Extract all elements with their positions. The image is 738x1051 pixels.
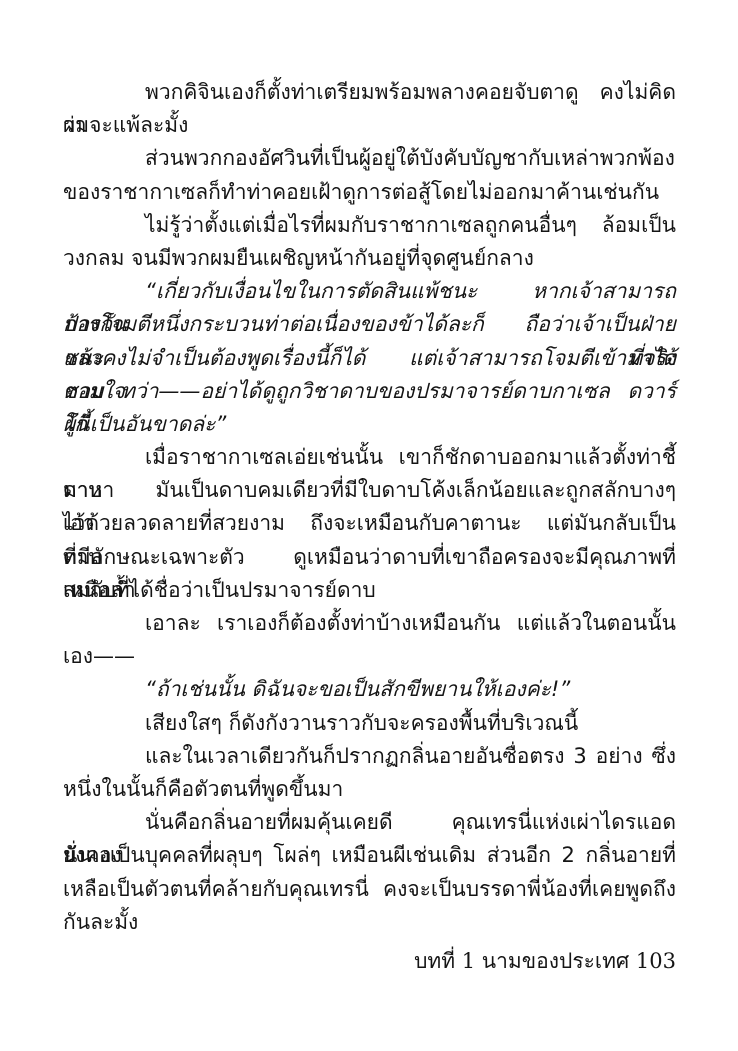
text-line: ไม่รู้ว่าตั้งแต่เมื่อไรที่ผมกับราชากาเซล…	[63, 209, 676, 242]
text-line: เมื่อราชากาเซลเอ่ยเช่นนั้น เขาก็ชักดาบออ…	[63, 441, 676, 474]
text-line: ไว้ด้วยลวดลายที่สวยงาม ถึงจะเหมือนกับคาต…	[63, 507, 676, 540]
text-line: สมกับที่ได้ชื่อว่าเป็นปรมาจารย์ดาบ	[63, 574, 676, 607]
text-line: ของราชากาเซลก็ทำท่าคอยเฝ้าดูการต่อสู้โดย…	[63, 176, 676, 209]
text-line: เอง——	[63, 640, 676, 673]
text-line-quote: “ถ้าเช่นนั้น ดิฉันจะขอเป็นสักขีพยานให้เอ…	[63, 673, 676, 706]
text-line: ส่วนพวกกองอัศวินที่เป็นผู้อยู่ใต้บังคับบ…	[63, 142, 676, 175]
text-line: พวกคิจินเองก็ตั้งท่าเตรียมพร้อมพลางคอยจั…	[63, 76, 676, 109]
text-line: และในเวลาเดียวกันก็ปรากฏกลิ่นอายอันซื่อต…	[63, 740, 676, 773]
text-line: วงกลม จนมีพวกผมยืนเผชิญหน้ากันอยู่ที่จุด…	[63, 242, 676, 275]
text-line: ผมจะแพ้ละมั้ง	[63, 109, 676, 142]
text-line: เสียงใสๆ ก็ดังกังวานราวกับจะครองพื้นที่บ…	[63, 707, 676, 740]
text-line-quote: แล้วคงไม่จำเป็นต้องพูดเรื่องนี้ก็ได้ แต่…	[63, 342, 676, 375]
text-line-quote: การโจมตีหนึ่งกระบวนท่าต่อเนื่องของข้าได้…	[63, 308, 676, 341]
text-line: เอาละ เราเองก็ต้องตั้งท่าบ้างเหมือนกัน แ…	[63, 607, 676, 640]
body-text: พวกคิจินเองก็ตั้งท่าเตรียมพร้อมพลางคอยจั…	[63, 76, 676, 939]
text-line: เหลือเป็นตัวตนที่คล้ายกับคุณเทรนี่ คงจะเ…	[63, 873, 676, 906]
text-line: ที่มีลักษณะเฉพาะตัว ดูเหมือนว่าดาบที่เขา…	[63, 541, 676, 574]
text-line: กันละมั้ง	[63, 906, 676, 939]
book-page: พวกคิจินเองก็ตั้งท่าเตรียมพร้อมพลางคอยจั…	[0, 0, 738, 1051]
text-line-quote: “เกี่ยวกับเงื่อนไขในการตัดสินแพ้ชนะ หากเ…	[63, 275, 676, 308]
text-line: หนึ่งในนั้นก็คือตัวตนที่พูดขึ้นมา	[63, 773, 676, 806]
text-line: มาหา มันเป็นดาบคมเดียวที่มีใบดาบโค้งเล็ก…	[63, 474, 676, 507]
text-line-quote: ผู้นี้เป็นอันขาดล่ะ”	[63, 408, 676, 441]
text-line: นั่นคือกลิ่นอายที่ผมคุ้นเคยดี คุณเทรนี่แ…	[63, 806, 676, 839]
page-footer-chapter-pagenumber: บทที่ 1 นามของประเทศ 103	[414, 948, 676, 974]
text-line-quote: ชอบ ทว่า——อย่าได้ดูถูกวิชาดาบของปรมาจารย…	[63, 375, 676, 408]
text-line: ยังคงเป็นบุคคลที่ผลุบๆ โผล่ๆ เหมือนผีเช่…	[63, 839, 676, 872]
